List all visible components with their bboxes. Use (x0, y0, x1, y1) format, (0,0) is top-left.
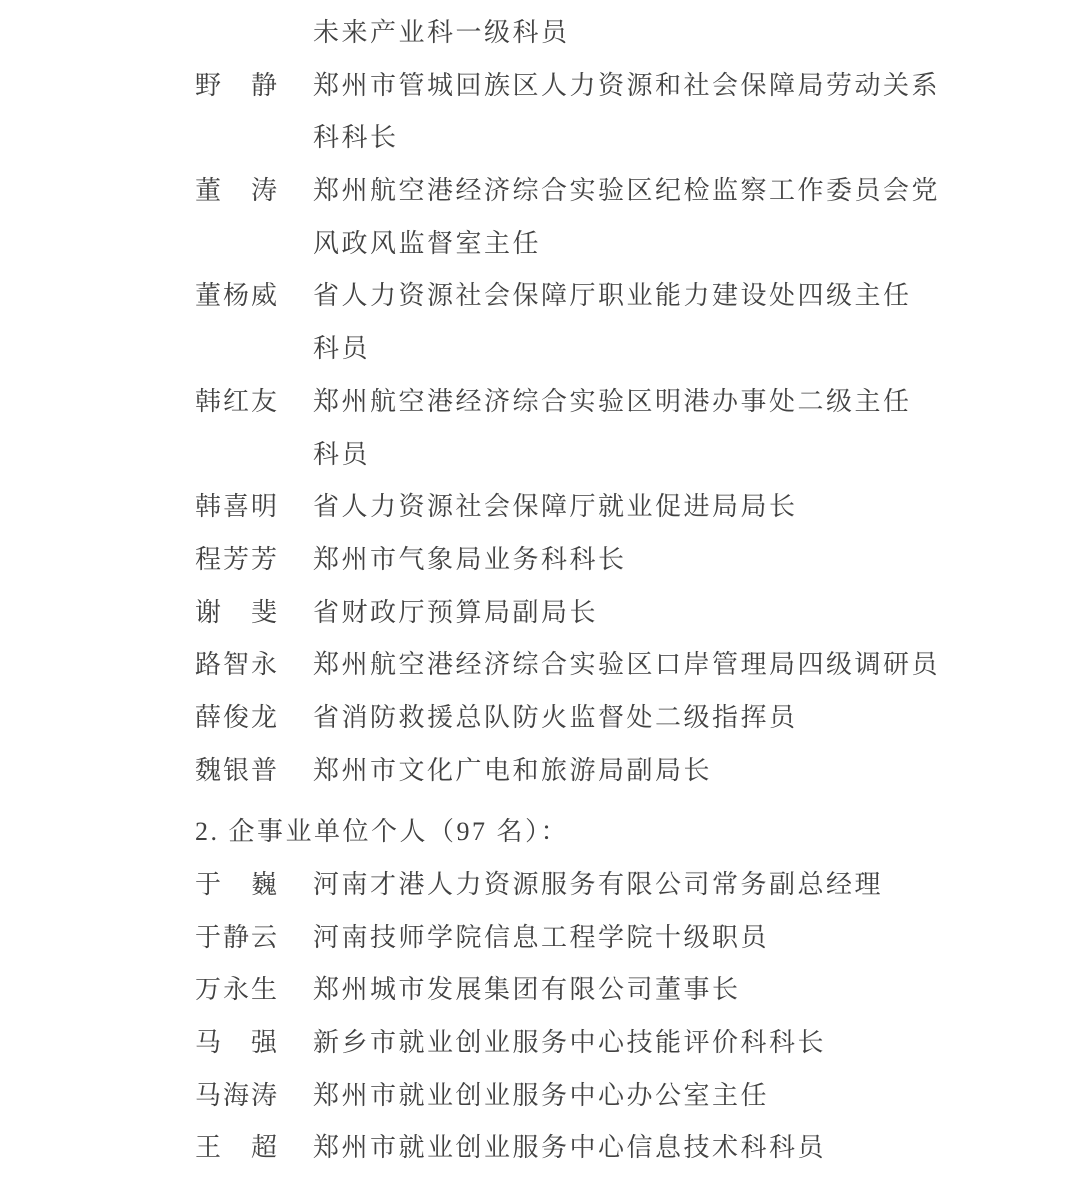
roster-entry: 董杨威省人力资源社会保障厅职业能力建设处四级主任 (0, 270, 1080, 323)
position-text: 郑州市文化广电和旅游局副局长 (313, 745, 712, 798)
person-name: 野 静 (195, 60, 313, 113)
person-name: 薛俊龙 (195, 692, 313, 745)
roster-entry-continuation: 科员 (0, 429, 1080, 482)
roster-entry-continuation: 科科长 (0, 112, 1080, 165)
person-name: 魏银普 (195, 745, 313, 798)
person-name (195, 7, 313, 60)
person-name: 董 涛 (195, 165, 313, 218)
roster-entry: 王 超郑州市就业创业服务中心信息技术科科员 (0, 1122, 1080, 1175)
position-text: 未来产业科一级科员 (313, 7, 570, 60)
person-name (195, 323, 313, 376)
position-text: 河南技师学院信息工程学院十级职员 (313, 912, 769, 965)
roster-entry: 程芳芳郑州市气象局业务科科长 (0, 534, 1080, 587)
person-name: 董杨威 (195, 270, 313, 323)
position-text: 科科长 (313, 112, 399, 165)
person-name: 于静云 (195, 912, 313, 965)
person-name: 马 强 (195, 1017, 313, 1070)
roster-entry-continuation: 科员 (0, 323, 1080, 376)
person-name: 韩红友 (195, 376, 313, 429)
position-text: 郑州航空港经济综合实验区纪检监察工作委员会党 (313, 165, 940, 218)
position-text: 郑州航空港经济综合实验区口岸管理局四级调研员 (313, 639, 940, 692)
position-text: 新乡市就业创业服务中心技能评价科科长 (313, 1017, 826, 1070)
person-name: 程芳芳 (195, 534, 313, 587)
position-text: 郑州市管城回族区人力资源和社会保障局劳动关系 (313, 60, 940, 113)
position-text: 省人力资源社会保障厅职业能力建设处四级主任 (313, 270, 912, 323)
roster-entry: 万永生郑州城市发展集团有限公司董事长 (0, 964, 1080, 1017)
person-name: 路智永 (195, 639, 313, 692)
roster-entry: 野 静郑州市管城回族区人力资源和社会保障局劳动关系 (0, 60, 1080, 113)
roster-entry: 于静云河南技师学院信息工程学院十级职员 (0, 912, 1080, 965)
roster-entry: 董 涛郑州航空港经济综合实验区纪检监察工作委员会党 (0, 165, 1080, 218)
roster-entry: 谢 斐省财政厅预算局副局长 (0, 587, 1080, 640)
position-text: 郑州市就业创业服务中心办公室主任 (313, 1070, 769, 1123)
position-text: 省财政厅预算局副局长 (313, 587, 598, 640)
roster-entry: 路智永郑州航空港经济综合实验区口岸管理局四级调研员 (0, 639, 1080, 692)
section-heading: 2. 企事业单位个人（97 名）： (0, 806, 1080, 859)
person-name: 马海涛 (195, 1070, 313, 1123)
position-text: 风政风监督室主任 (313, 218, 541, 271)
person-name (195, 218, 313, 271)
position-text: 省人力资源社会保障厅就业促进局局长 (313, 481, 798, 534)
position-text: 科员 (313, 323, 370, 376)
roster-entry: 于 巍河南才港人力资源服务有限公司常务副总经理 (0, 859, 1080, 912)
roster-entry: 韩喜明省人力资源社会保障厅就业促进局局长 (0, 481, 1080, 534)
roster-entry-continuation: 风政风监督室主任 (0, 218, 1080, 271)
person-name: 谢 斐 (195, 587, 313, 640)
document-page: 未来产业科一级科员野 静郑州市管城回族区人力资源和社会保障局劳动关系科科长董 涛… (0, 0, 1080, 1177)
person-name (195, 429, 313, 482)
position-text: 郑州市气象局业务科科长 (313, 534, 627, 587)
position-text: 河南才港人力资源服务有限公司常务副总经理 (313, 859, 883, 912)
person-name: 韩喜明 (195, 481, 313, 534)
position-text: 郑州城市发展集团有限公司董事长 (313, 964, 741, 1017)
position-text: 郑州航空港经济综合实验区明港办事处二级主任 (313, 376, 912, 429)
position-text: 科员 (313, 429, 370, 482)
person-name: 王 超 (195, 1122, 313, 1175)
person-name (195, 112, 313, 165)
roster-entry: 魏银普郑州市文化广电和旅游局副局长 (0, 745, 1080, 798)
document-body: 未来产业科一级科员野 静郑州市管城回族区人力资源和社会保障局劳动关系科科长董 涛… (0, 7, 1080, 1175)
position-text: 郑州市就业创业服务中心信息技术科科员 (313, 1122, 826, 1175)
roster-entry: 韩红友郑州航空港经济综合实验区明港办事处二级主任 (0, 376, 1080, 429)
position-text: 省消防救援总队防火监督处二级指挥员 (313, 692, 798, 745)
roster-entry: 马海涛郑州市就业创业服务中心办公室主任 (0, 1070, 1080, 1123)
roster-entry: 马 强新乡市就业创业服务中心技能评价科科长 (0, 1017, 1080, 1070)
roster-entry: 薛俊龙省消防救援总队防火监督处二级指挥员 (0, 692, 1080, 745)
roster-entry: 未来产业科一级科员 (0, 7, 1080, 60)
person-name: 万永生 (195, 964, 313, 1017)
person-name: 于 巍 (195, 859, 313, 912)
